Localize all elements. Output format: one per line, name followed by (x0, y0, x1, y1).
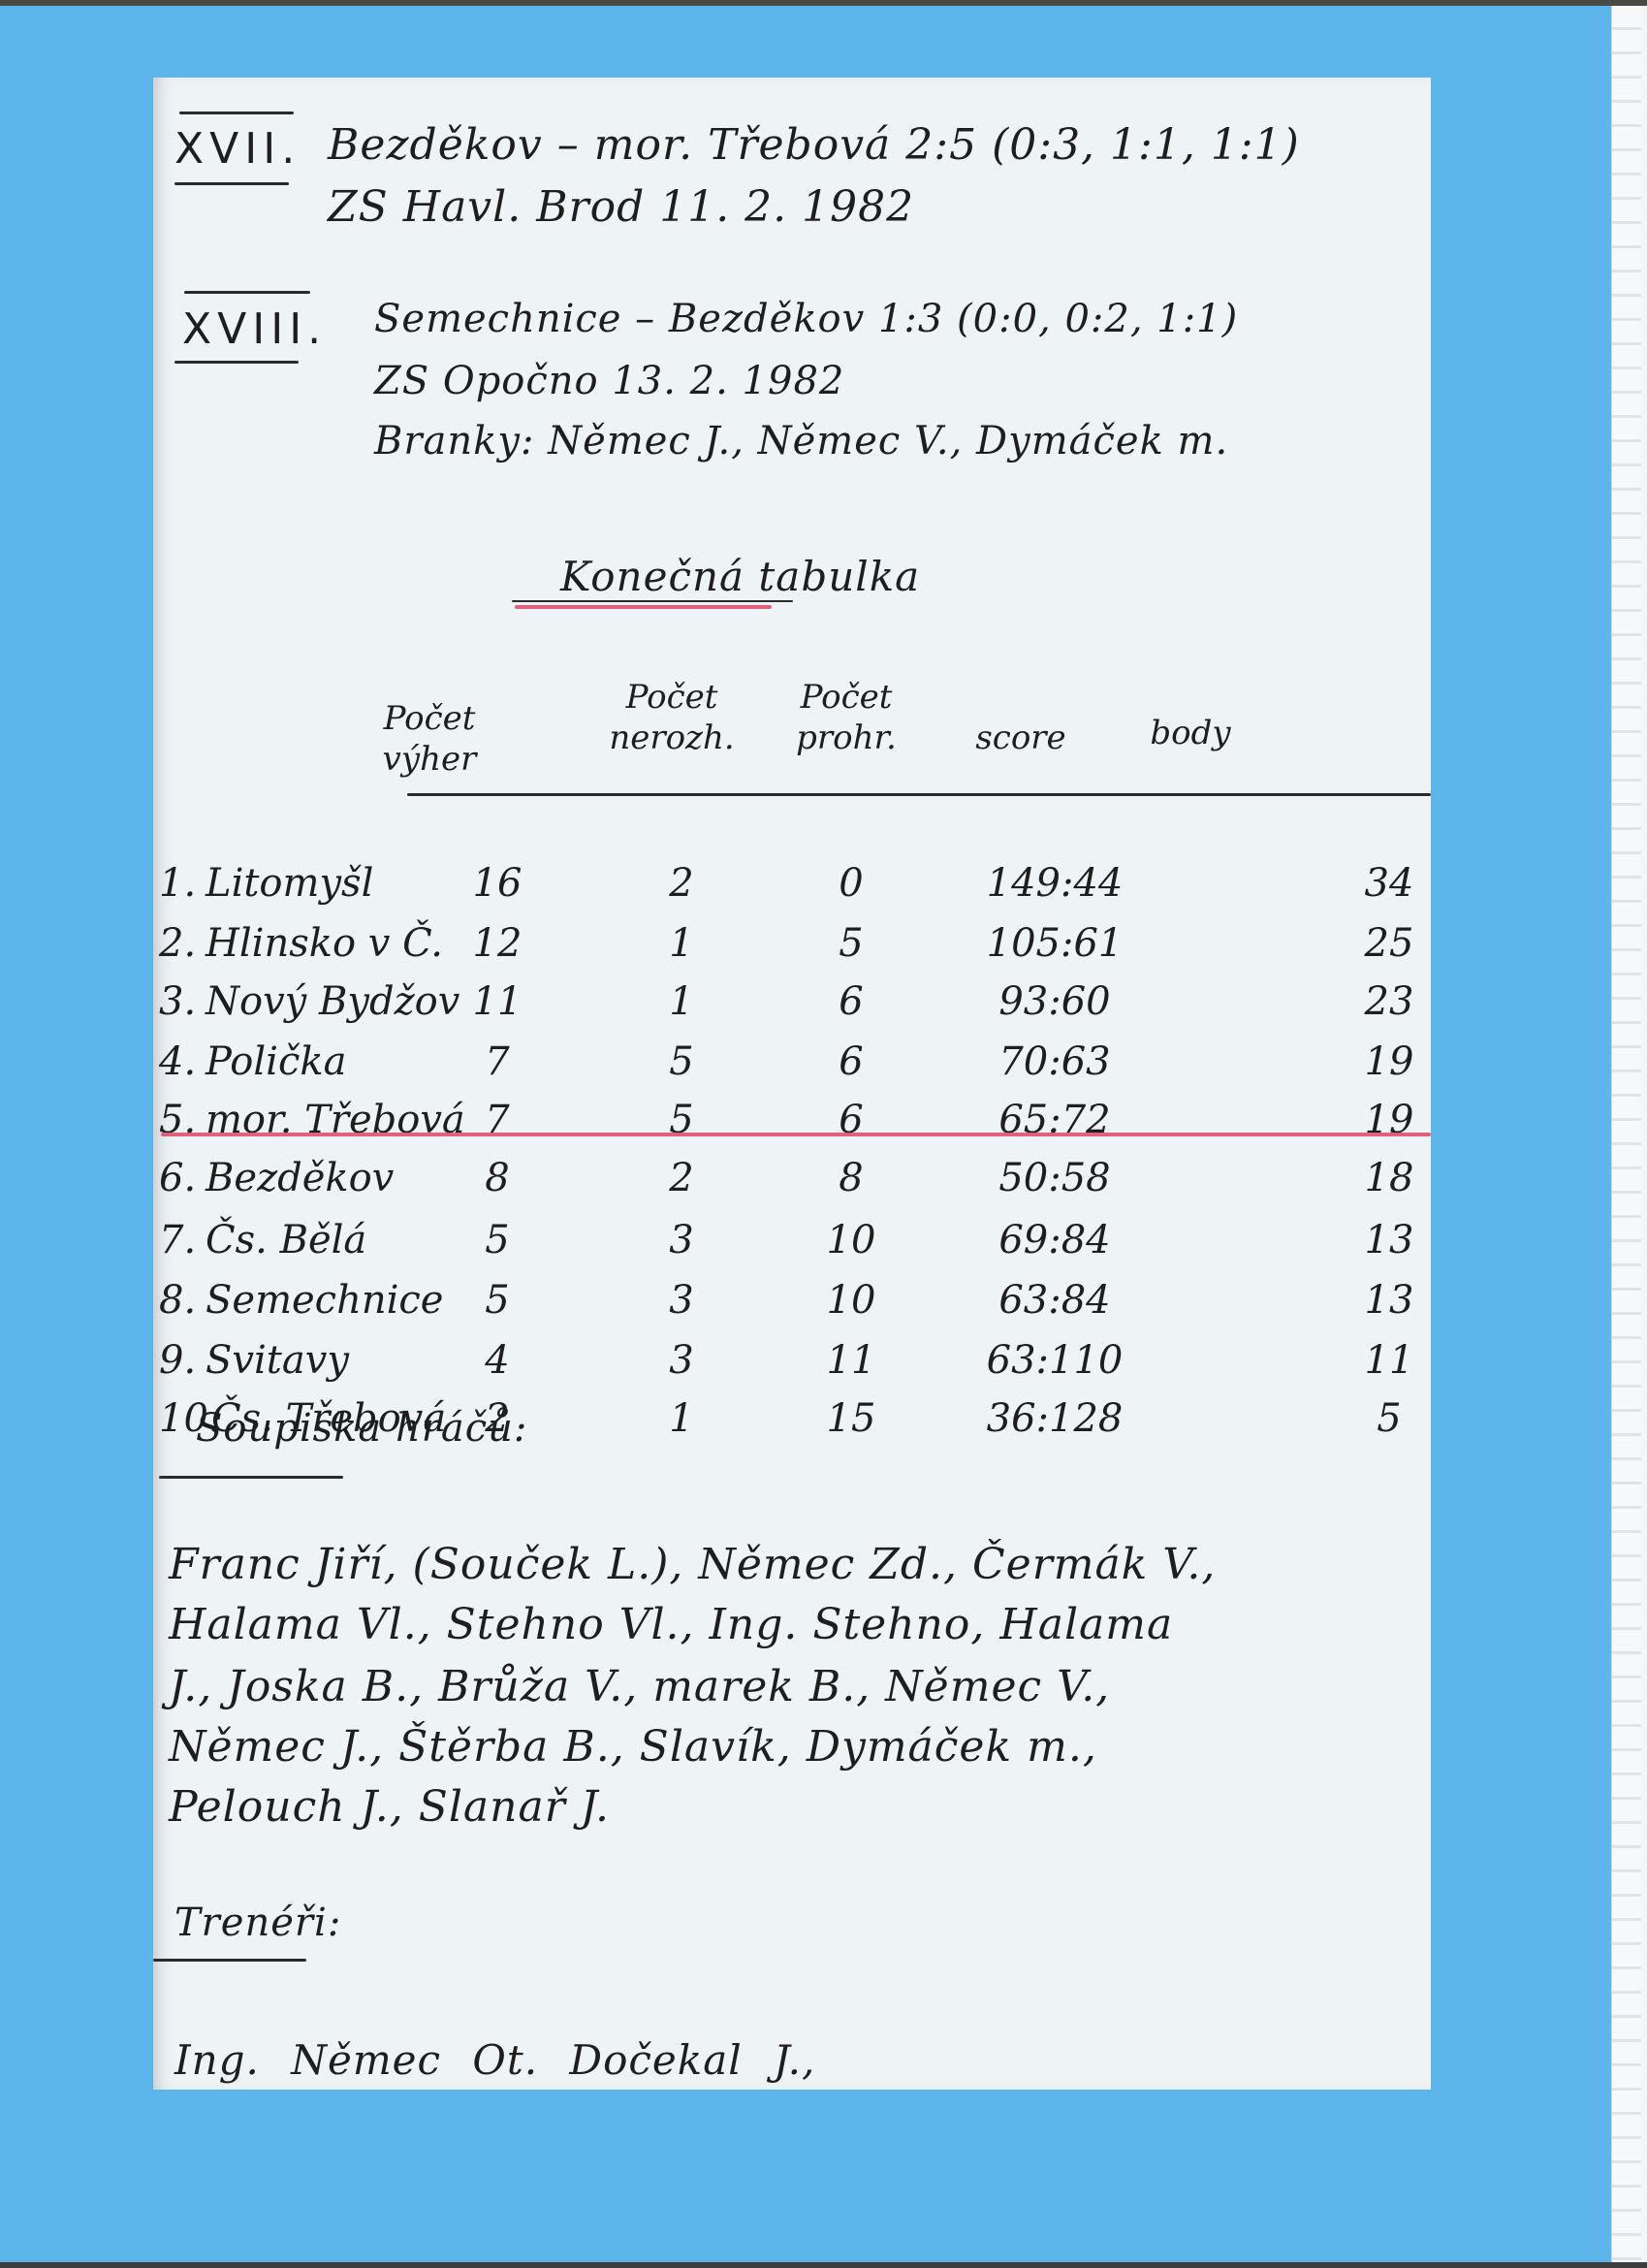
header-wins-line1: Počet (366, 698, 492, 739)
row-rank: 9. (159, 1338, 196, 1383)
title-underline (512, 600, 793, 602)
row-points: 23 (1350, 979, 1428, 1024)
plastic-sleeve-edge (1611, 6, 1641, 2262)
match-number-overline (184, 291, 310, 294)
row-wins: 5 (463, 1218, 531, 1262)
header-score: score (948, 718, 1093, 758)
row-draws: 1 (648, 921, 715, 966)
row-wins: 16 (463, 861, 531, 906)
roster-line: J., Joska B., Brůža V., marek B., Němec … (169, 1662, 1110, 1711)
row-rank: 6. (159, 1156, 196, 1200)
roster-line: Halama Vl., Stehno Vl., Ing. Stehno, Hal… (169, 1600, 1173, 1649)
row-points: 18 (1350, 1156, 1428, 1200)
row-losses: 5 (812, 921, 890, 966)
row-rank: 8. (159, 1278, 196, 1323)
scanner-bottom-edge (0, 2262, 1647, 2268)
row-losses: 6 (812, 1039, 890, 1084)
roster-heading: Soupiska hráčů: (196, 1406, 527, 1451)
row-rank: 3. (159, 979, 196, 1024)
title-red-underline (515, 605, 772, 609)
row-losses: 6 (812, 979, 890, 1024)
row-team: Semechnice (206, 1278, 443, 1323)
row-score: 63:84 (967, 1278, 1142, 1323)
row-losses: 0 (812, 861, 890, 906)
match-result: Semechnice – Bezděkov 1:3 (0:0, 0:2, 1:1… (374, 297, 1238, 341)
row-wins: 8 (463, 1156, 531, 1200)
row-team: Nový Bydžov (206, 979, 459, 1024)
row-wins: 4 (463, 1338, 531, 1383)
row-draws: 2 (648, 1156, 715, 1200)
row-score: 149:44 (967, 861, 1142, 906)
match-number: XVII. (174, 124, 301, 174)
row-team: Svitavy (206, 1338, 349, 1383)
roster-line: Němec J., Štěrba B., Slavík, Dymáček m., (169, 1722, 1097, 1772)
row-wins: 5 (463, 1278, 531, 1323)
header-losses: Počet prohr. (774, 677, 919, 758)
row-draws: 2 (648, 861, 715, 906)
row-points: 11 (1350, 1338, 1428, 1383)
header-wins: Počet výher (366, 698, 492, 780)
match-number: XVIII. (182, 304, 327, 354)
header-wins-line2: výher (366, 739, 492, 780)
row-draws: 1 (648, 979, 715, 1024)
match-scorers: Branky: Němec J., Němec V., Dymáček m. (374, 419, 1228, 463)
row-rank: 7. (159, 1218, 196, 1262)
row-points: 19 (1350, 1039, 1428, 1084)
match-venue-date: ZS Havl. Brod 11. 2. 1982 (328, 182, 914, 232)
header-points: body (1123, 713, 1258, 753)
row-score: 70:63 (967, 1039, 1142, 1084)
row-wins: 12 (463, 921, 531, 966)
handwritten-page: XVII. Bezděkov – mor. Třebová 2:5 (0:3, … (153, 78, 1431, 2090)
row-score: 63:110 (967, 1338, 1142, 1383)
row-losses: 11 (812, 1338, 890, 1383)
header-underline (407, 793, 1431, 796)
header-draws-line2: nerozh. (599, 718, 744, 758)
row-draws: 3 (648, 1338, 715, 1383)
coaches-heading: Trenéři: (174, 1901, 341, 1945)
match-number-overline (179, 112, 294, 114)
row-points: 25 (1350, 921, 1428, 966)
header-losses-line1: Počet (774, 677, 919, 718)
row-draws: 3 (648, 1218, 715, 1262)
row-team: Hlinsko v Č. (206, 921, 443, 966)
row-score: 93:60 (967, 979, 1142, 1024)
row-losses: 10 (812, 1218, 890, 1262)
match-venue-date: ZS Opočno 13. 2. 1982 (374, 359, 844, 403)
row-team: Litomyšl (206, 861, 373, 906)
row-wins: 11 (463, 979, 531, 1024)
row-draws: 1 (648, 1396, 715, 1441)
header-draws: Počet nerozh. (599, 677, 744, 758)
row-score: 69:84 (967, 1218, 1142, 1262)
coaches-names: Ing. Němec Ot. Dočekal J., (174, 2036, 815, 2084)
row-draws: 3 (648, 1278, 715, 1323)
row-losses: 15 (812, 1396, 890, 1441)
roster-line: Pelouch J., Slanař J. (169, 1782, 610, 1832)
row-score: 50:58 (967, 1156, 1142, 1200)
row-team: Čs. Bělá (206, 1218, 366, 1262)
row-points: 13 (1350, 1218, 1428, 1262)
match-number-underline (174, 182, 289, 185)
row-rank: 2. (159, 921, 196, 966)
row-draws: 5 (648, 1039, 715, 1084)
row-team: Polička (206, 1039, 346, 1084)
header-losses-line2: prohr. (774, 718, 919, 758)
row-rank: 4. (159, 1039, 196, 1084)
standings-title: Konečná tabulka (560, 553, 920, 600)
row-team: Bezděkov (206, 1156, 394, 1200)
roster-heading-underline (159, 1476, 343, 1479)
roster-line: Franc Jiří, (Souček L.), Němec Zd., Čerm… (169, 1540, 1216, 1589)
match-result: Bezděkov – mor. Třebová 2:5 (0:3, 1:1, 1… (328, 120, 1300, 170)
match-number-underline (174, 361, 299, 364)
coaches-heading-underline (153, 1959, 306, 1962)
row-score: 36:128 (967, 1396, 1142, 1441)
row-score: 105:61 (967, 921, 1142, 966)
relegation-red-line (161, 1133, 1431, 1136)
row-losses: 8 (812, 1156, 890, 1200)
row-points: 34 (1350, 861, 1428, 906)
row-wins: 7 (463, 1039, 531, 1084)
row-points: 13 (1350, 1278, 1428, 1323)
row-rank: 1. (159, 861, 196, 906)
header-draws-line1: Počet (599, 677, 744, 718)
row-losses: 10 (812, 1278, 890, 1323)
row-points: 5 (1350, 1396, 1428, 1441)
